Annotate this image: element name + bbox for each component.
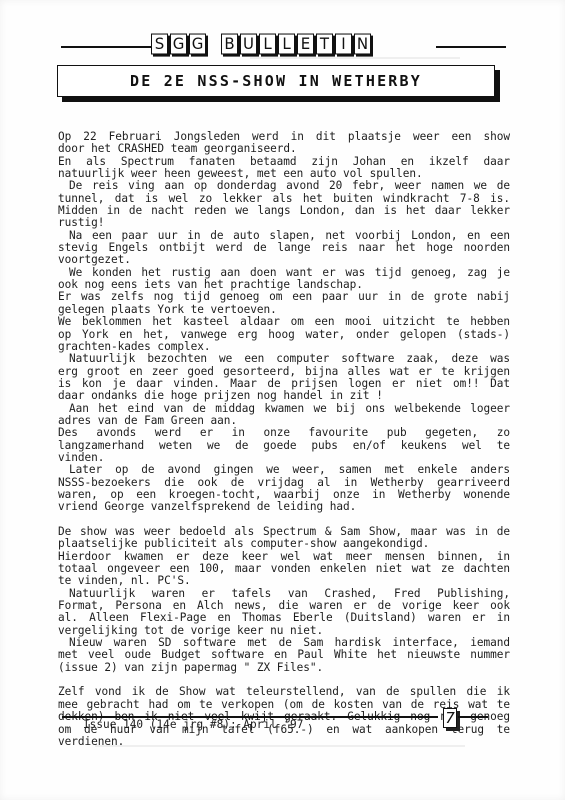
- article-line: voortgezet.: [58, 254, 510, 266]
- article-line: op York en het, vanwege erg hoog water, …: [58, 329, 510, 341]
- article-line: Natuurlijk bezochten we een computer sof…: [58, 353, 510, 365]
- article-line: rustig!: [58, 217, 510, 229]
- masthead-banner: SGGBULLETIN: [58, 34, 510, 58]
- article-line: door het CRASHED team georganiseerd.: [58, 143, 510, 155]
- article-line: vriend George vanzelfsprekend de leiding…: [58, 501, 510, 513]
- logo-letter-tile: N: [354, 34, 371, 55]
- article-line: We beklommen het kasteel aldaar om een m…: [58, 316, 510, 328]
- article-line: daar ondanks die hoge prijzen nog handel…: [58, 390, 510, 402]
- article-line: met veel oude Budget software en Paul Wh…: [58, 649, 510, 661]
- sgg-bulletin-logo: SGGBULLETIN: [151, 34, 371, 58]
- logo-letter-tile: E: [297, 34, 314, 55]
- article-body: Op 22 Februari Jongsleden werd in dit pl…: [58, 131, 510, 748]
- logo-letter-tile: I: [335, 34, 352, 55]
- article-line: langzamerhand weten we de goede pubs en/…: [58, 440, 510, 452]
- article-line: te vinden, nl. PC'S.: [58, 575, 510, 587]
- article-headline: DE 2E NSS-SHOW IN WETHERBY: [130, 72, 422, 90]
- article-line: De reis ving aan op donderdag avond 20 f…: [58, 180, 510, 192]
- logo-letter-tile: T: [316, 34, 333, 55]
- footer-rule-right: [458, 716, 488, 718]
- page-number: 7: [443, 708, 457, 728]
- logo-letter-tile: S: [151, 34, 168, 55]
- logo-letter-tile: G: [189, 34, 206, 55]
- masthead-rule-left: [61, 46, 151, 48]
- logo-letter-tile: U: [240, 34, 257, 55]
- headline-box: DE 2E NSS-SHOW IN WETHERBY: [57, 65, 495, 97]
- article-line: al. Alleen Flexi-Page en Thomas Eberle (…: [58, 612, 510, 624]
- logo-letter-tile: L: [278, 34, 295, 55]
- logo-letter-tile: L: [259, 34, 276, 55]
- article-line: Des avonds werd er in onze favourite pub…: [58, 427, 510, 439]
- page-footer: Issue 140 (14e jrg #8): April '97 7: [62, 712, 508, 752]
- article-line: plaatselijke publiciteit als computer-sh…: [58, 538, 510, 550]
- masthead-rule-right: [436, 46, 506, 48]
- article-line: (issue 2) van zijn papermag " ZX Files".: [58, 662, 510, 674]
- article-line: Er was zelfs nog tijd genoeg om een paar…: [58, 291, 510, 303]
- logo-letter-tile: G: [170, 34, 187, 55]
- article-line: Zelf vond ik de Show wat teleurstellend,…: [58, 686, 510, 698]
- logo-letter-tile: B: [221, 34, 238, 55]
- issue-info: Issue 140 (14e jrg #8): April '97: [83, 719, 303, 731]
- article-line: Later op de avond gingen we weer, samen …: [58, 464, 510, 476]
- article-line: Midden in de nacht reden we langs London…: [58, 205, 510, 217]
